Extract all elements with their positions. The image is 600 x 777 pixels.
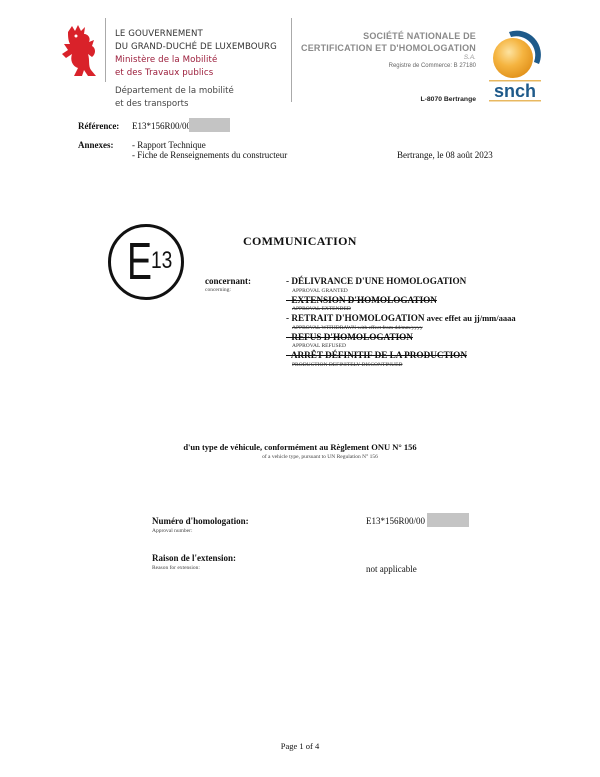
snch-legal-form: S.A.	[464, 54, 476, 61]
item-main: - EXTENSION D'HOMOLOGATION	[286, 295, 516, 306]
header-divider	[105, 18, 106, 82]
subject-line: d'un type de véhicule, conformément au R…	[0, 442, 600, 452]
snch-title-line-2: CERTIFICATION ET D'HOMOLOGATION	[301, 42, 476, 54]
reference-label: Référence:	[78, 121, 119, 131]
ministry-line-1: Ministère de la Mobilité	[115, 54, 277, 67]
item-main: - ARRÊT DÉFINITIF DE LA PRODUCTION	[286, 350, 516, 361]
e13-approval-mark-icon: E 13	[108, 224, 184, 300]
item-sub: APPROVAL EXTENDED	[286, 305, 516, 313]
snch-address: L-8070 Bertrange	[420, 96, 476, 103]
item-sub: APPROVAL GRANTED	[286, 287, 516, 295]
redaction-box	[189, 118, 230, 132]
department-line-1: Département de la mobilité	[115, 85, 234, 98]
government-line-2: DU GRAND-DUCHÉ DE LUXEMBOURG	[115, 41, 277, 54]
snch-title: SOCIÉTÉ NATIONALE DE CERTIFICATION ET D'…	[301, 30, 476, 54]
communication-title: COMMUNICATION	[243, 234, 357, 249]
snch-logo-text: snch	[494, 81, 536, 101]
item-sub: APPROVAL WITHDRAWN with effect from dd/m…	[286, 324, 516, 332]
extension-reason-value: not applicable	[366, 564, 417, 574]
luxembourg-lion-icon	[58, 24, 102, 80]
approval-number-label: Numéro d'homologation:	[152, 516, 249, 526]
snch-logo-icon: snch	[487, 28, 543, 104]
extension-reason-label: Raison de l'extension:	[152, 553, 236, 563]
item-sub: APPROVAL REFUSED	[286, 342, 516, 350]
item-main: - REFUS D'HOMOLOGATION	[286, 332, 516, 343]
snch-registry: Registre de Commerce: B 27180	[389, 63, 476, 69]
ministry-line-2: et des Travaux publics	[115, 67, 277, 80]
concerning-sub: concerning:	[205, 287, 231, 293]
annexes-label: Annexes:	[78, 140, 114, 150]
list-item: - RETRAIT D'HOMOLOGATION avec effet au j…	[286, 313, 516, 332]
mark-letter: E	[127, 234, 152, 290]
place-date: Bertrange, le 08 août 2023	[397, 150, 493, 160]
item-main: - RETRAIT D'HOMOLOGATION avec effet au j…	[286, 313, 516, 324]
concerning-label: concernant:	[205, 276, 251, 286]
page-number: Page 1 of 4	[0, 741, 600, 751]
mark-number: 13	[151, 248, 172, 274]
item-sub: PRODUCTION DEFINITELY DISCONTINUED	[286, 361, 516, 369]
subject-sub: of a vehicle type, pursuant to UN Regula…	[0, 454, 600, 460]
header-divider-right	[291, 18, 292, 102]
approval-number-value: E13*156R00/00	[366, 516, 425, 526]
item-main: - DÉLIVRANCE D'UNE HOMOLOGATION	[286, 276, 516, 287]
department-block: Département de la mobilité et des transp…	[115, 85, 234, 111]
government-line-1: LE GOUVERNEMENT	[115, 28, 277, 41]
communication-type-list: - DÉLIVRANCE D'UNE HOMOLOGATION APPROVAL…	[286, 276, 516, 369]
list-item: - EXTENSION D'HOMOLOGATION APPROVAL EXTE…	[286, 295, 516, 314]
annex-item: - Rapport Technique	[132, 140, 287, 150]
list-item: - ARRÊT DÉFINITIF DE LA PRODUCTION PRODU…	[286, 350, 516, 369]
reference-value: E13*156R00/00	[132, 121, 191, 131]
extension-reason-sub: Reason for extension:	[152, 565, 200, 571]
approval-number-sub: Approval number:	[152, 528, 192, 534]
redaction-box	[427, 513, 469, 527]
annex-item: - Fiche de Renseignements du constructeu…	[132, 150, 287, 160]
snch-title-line-1: SOCIÉTÉ NATIONALE DE	[301, 30, 476, 42]
department-line-2: et des transports	[115, 98, 234, 111]
list-item: - REFUS D'HOMOLOGATION APPROVAL REFUSED	[286, 332, 516, 351]
annexes-list: - Rapport Technique - Fiche de Renseigne…	[132, 140, 287, 160]
government-block: LE GOUVERNEMENT DU GRAND-DUCHÉ DE LUXEMB…	[115, 28, 277, 80]
list-item: - DÉLIVRANCE D'UNE HOMOLOGATION APPROVAL…	[286, 276, 516, 295]
